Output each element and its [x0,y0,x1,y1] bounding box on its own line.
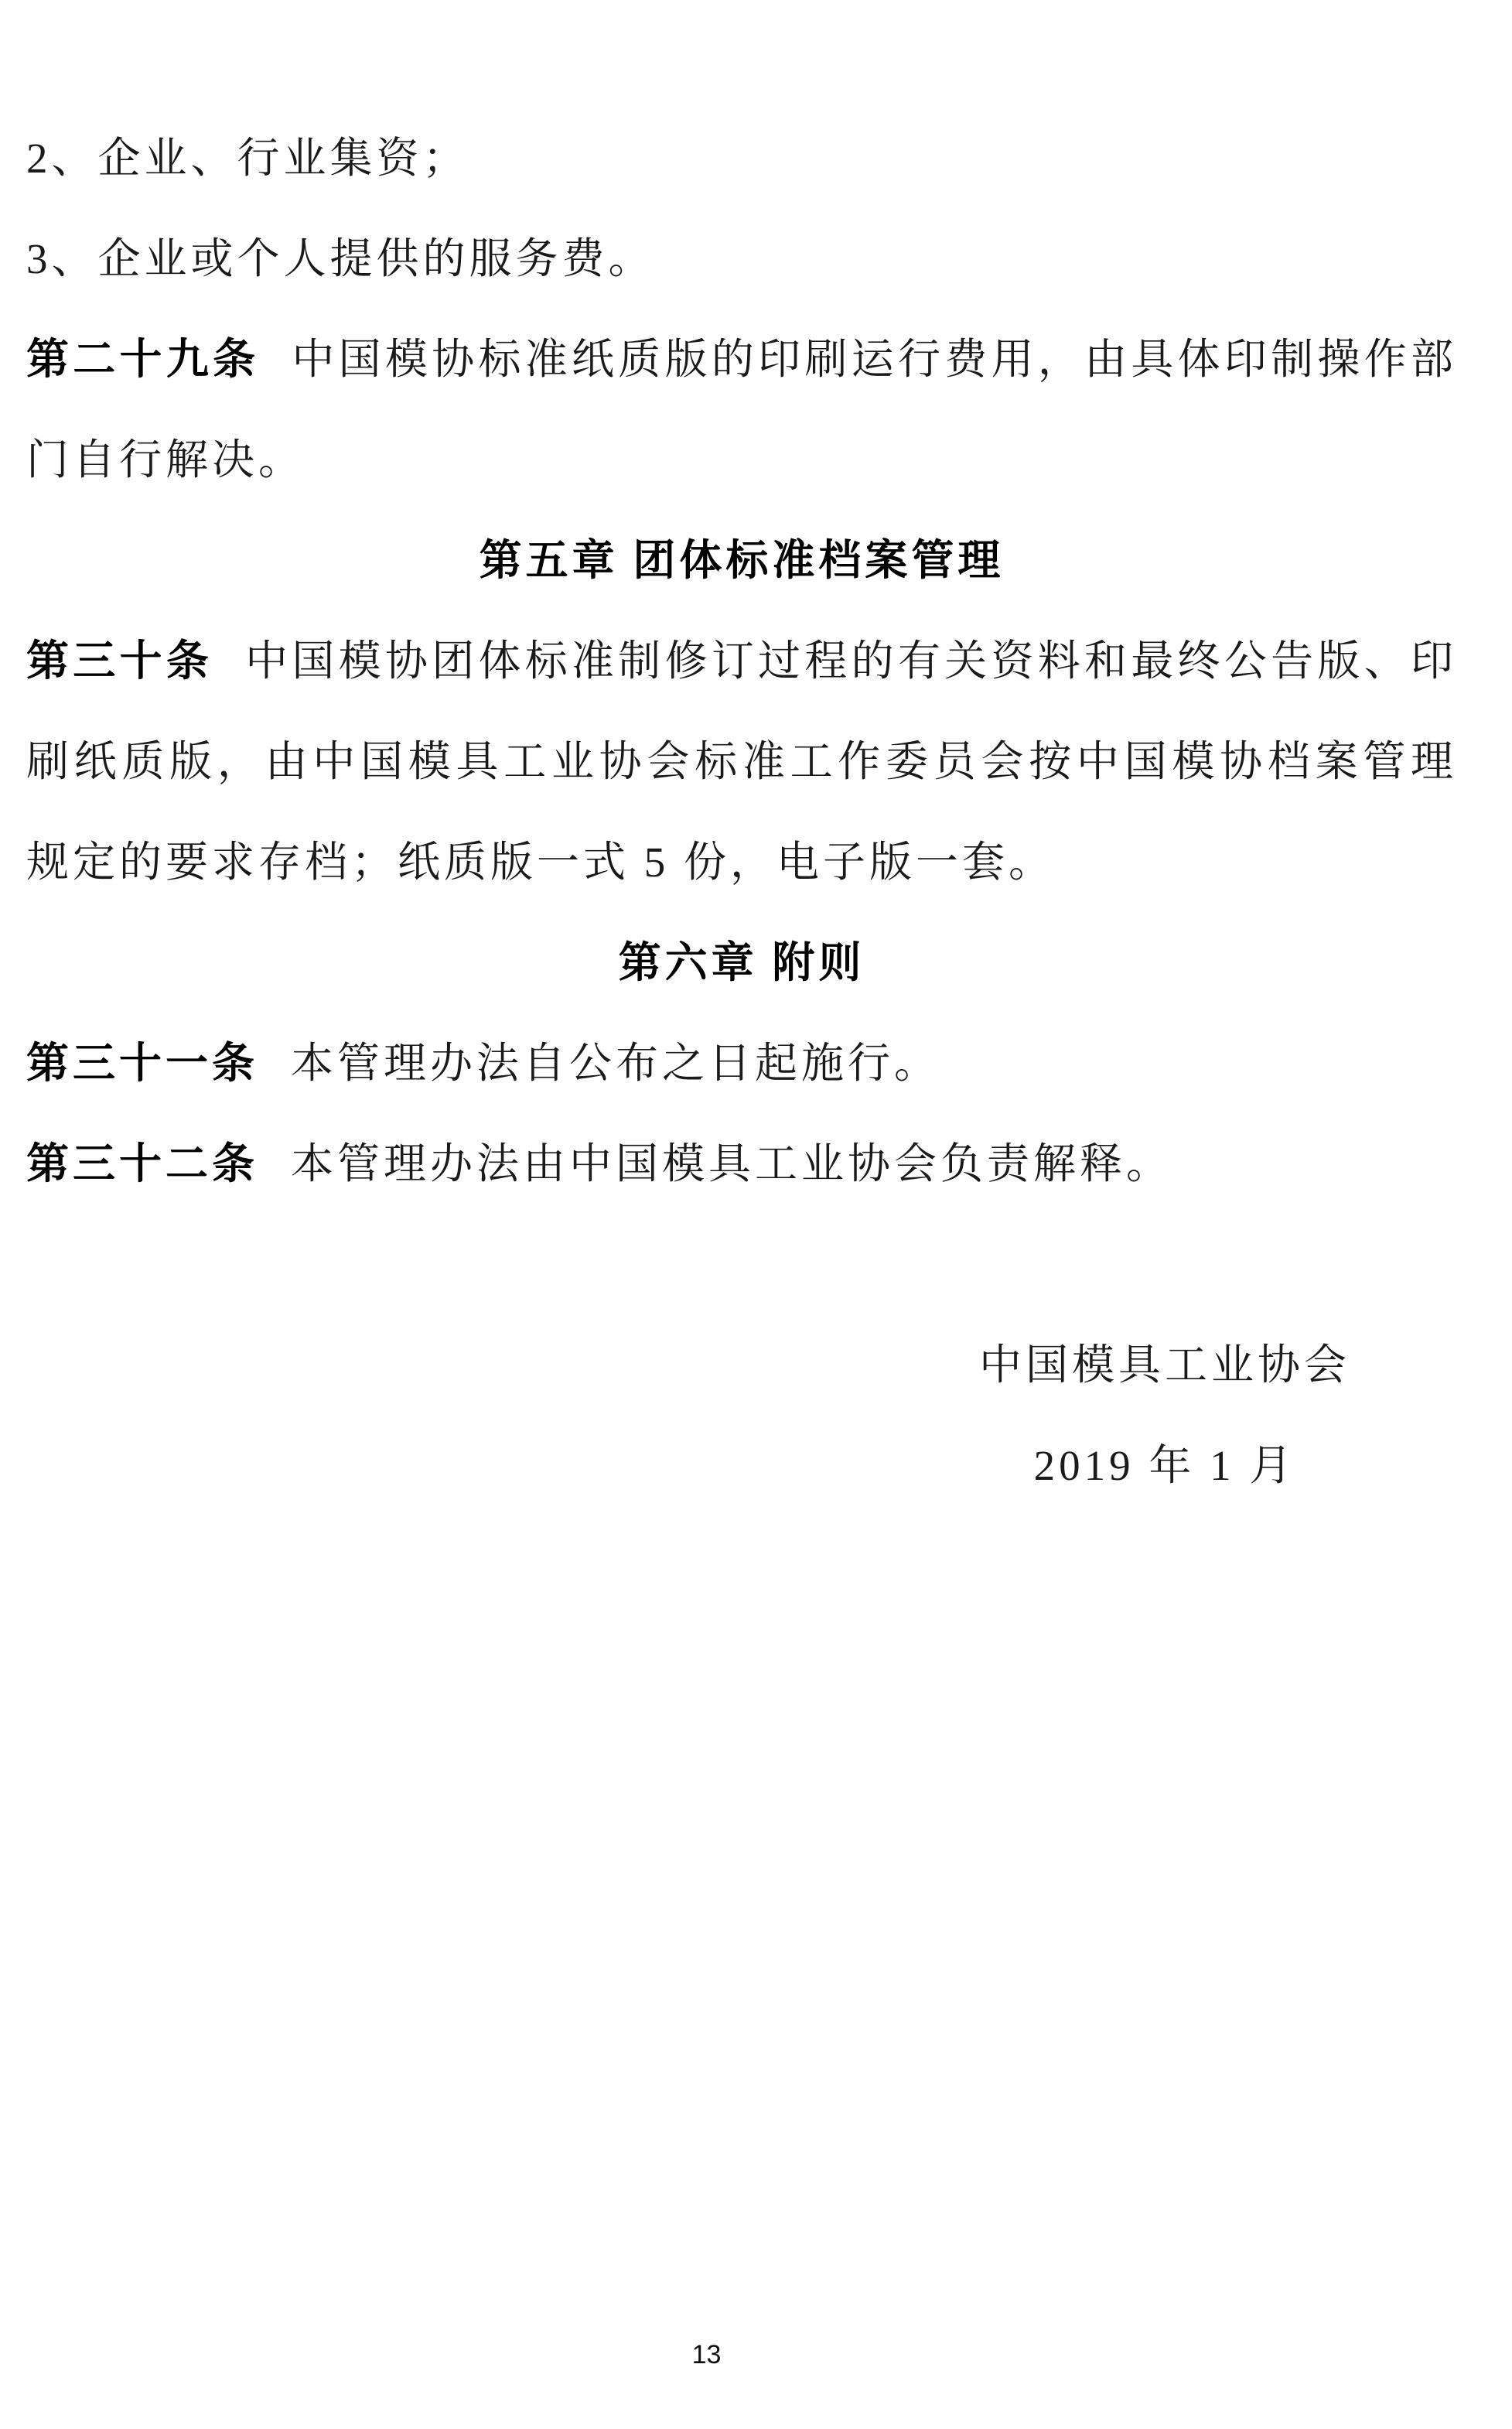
paragraph-article-30: 第三十条中国模协团体标准制修订过程的有关资料和最终公告版、印刷纸质版，由中国模具… [26,611,1457,913]
paragraph-article-31: 第三十一条本管理办法自公布之日起施行。 [26,1013,1457,1114]
article-number: 第二十九条 [26,336,259,383]
signature-org: 中国模具工业协会 [979,1315,1350,1416]
paragraph-text: 本管理办法由中国模具工业协会负责解释。 [291,1140,1172,1187]
article-number: 第三十一条 [26,1040,258,1087]
paragraph-text: 本管理办法自公布之日起施行。 [291,1040,940,1087]
paragraph-item-3: 3、企业或个人提供的服务费。 [26,209,1457,309]
chapter-heading-5: 第五章 团体标准档案管理 [26,511,1457,611]
paragraph-item-2: 2、企业、行业集资； [26,108,1457,209]
signature-date: 2019 年 1 月 [979,1416,1350,1516]
page-number: 13 [692,2340,722,2369]
paragraph-text: 2、企业、行业集资； [26,135,469,182]
page-footer: 13 [0,2338,1413,2372]
signature-block: 中国模具工业协会 2019 年 1 月 [979,1315,1350,1516]
paragraph-text: 中国模协团体标准制修订过程的有关资料和最终公告版、印刷纸质版，由中国模具工业协会… [26,637,1457,886]
paragraph-article-32: 第三十二条本管理办法由中国模具工业协会负责解释。 [26,1114,1457,1214]
chapter-heading-6: 第六章 附则 [26,913,1457,1013]
paragraph-article-29: 第二十九条中国模协标准纸质版的印刷运行费用，由具体印制操作部门自行解决。 [26,309,1457,511]
paragraph-text: 3、企业或个人提供的服务费。 [26,235,655,282]
document-page: 2、企业、行业集资； 3、企业或个人提供的服务费。 第二十九条中国模协标准纸质版… [0,0,1512,2429]
document-body: 2、企业、行业集资； 3、企业或个人提供的服务费。 第二十九条中国模协标准纸质版… [0,0,1512,1516]
article-number: 第三十条 [26,637,213,685]
article-number: 第三十二条 [26,1140,258,1187]
